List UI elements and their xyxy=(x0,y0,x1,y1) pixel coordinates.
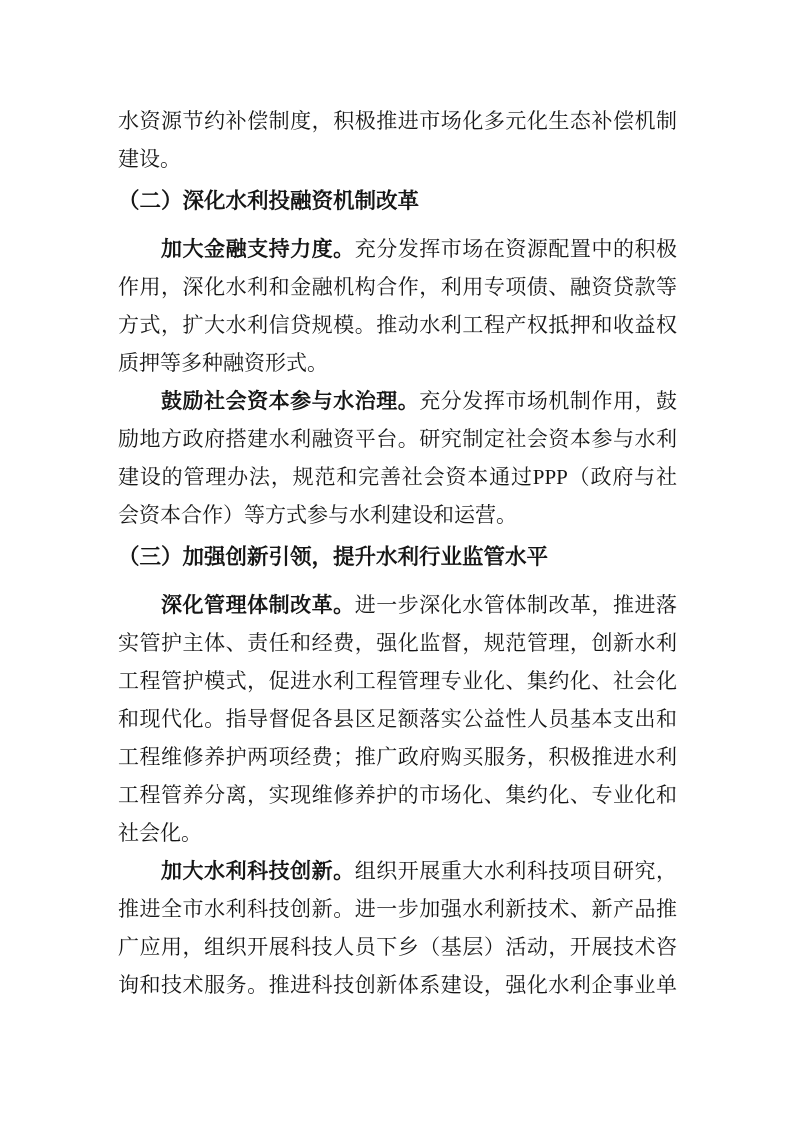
paragraph-lead: 深化管理体制改革。 xyxy=(161,594,355,617)
text-line: 水资源节约补偿制度，积极推进市场化多元化生态补偿机制 xyxy=(118,102,677,140)
text-line: 励地方政府搭建水利融资平台。研究制定社会资本参与水利 xyxy=(118,420,677,458)
text-line: 广应用，组织开展科技人员下乡（基层）活动，开展技术咨 xyxy=(118,928,677,966)
paragraph-lead: 加大金融支持力度。 xyxy=(161,238,355,261)
text-line: 工程管养分离，实现维修养护的市场化、集约化、专业化和 xyxy=(118,776,677,814)
text-line: 社会化。 xyxy=(118,814,677,852)
section-heading-3: （三）加强创新引领，提升水利行业监管水平 xyxy=(118,538,677,576)
section-heading-2: （二）深化水利投融资机制改革 xyxy=(118,182,677,220)
text-line: 和现代化。指导督促各县区足额落实公益性人员基本支出和 xyxy=(118,700,677,738)
paragraph-lead: 鼓励社会资本参与水治理。 xyxy=(161,390,419,413)
paragraph-first-line: 加大金融支持力度。充分发挥市场在资源配置中的积极 xyxy=(118,230,677,268)
paragraph-first-line: 鼓励社会资本参与水治理。充分发挥市场机制作用，鼓 xyxy=(118,382,677,420)
text-line: 工程管护模式，促进水利工程管理专业化、集约化、社会化 xyxy=(118,662,677,700)
text-line: 方式，扩大水利信贷规模。推动水利工程产权抵押和收益权 xyxy=(118,306,677,344)
paragraph-first-line: 加大水利科技创新。组织开展重大水利科技项目研究， xyxy=(118,852,677,890)
text-line: 实管护主体、责任和经费，强化监督，规范管理，创新水利 xyxy=(118,624,677,662)
text-line: 作用，深化水利和金融机构合作，利用专项债、融资贷款等 xyxy=(118,268,677,306)
text-line: 建设的管理办法，规范和完善社会资本通过PPP（政府与社 xyxy=(118,458,677,496)
paragraph-first-line: 深化管理体制改革。进一步深化水管体制改革，推进落 xyxy=(118,586,677,624)
paragraph-text: 进一步深化水管体制改革，推进落 xyxy=(355,593,677,617)
document-body: 水资源节约补偿制度，积极推进市场化多元化生态补偿机制 建设。 （二）深化水利投融… xyxy=(118,102,677,1004)
text-line: 推进全市水利科技创新。进一步加强水利新技术、新产品推 xyxy=(118,890,677,928)
text-line: 质押等多种融资形式。 xyxy=(118,344,677,382)
paragraph-text: 充分发挥市场在资源配置中的积极 xyxy=(355,237,677,261)
text-line: 工程维修养护两项经费；推广政府购买服务，积极推进水利 xyxy=(118,738,677,776)
paragraph-text: 组织开展重大水利科技项目研究， xyxy=(355,859,677,883)
paragraph-lead: 加大水利科技创新。 xyxy=(161,860,355,883)
document-page: 水资源节约补偿制度，积极推进市场化多元化生态补偿机制 建设。 （二）深化水利投融… xyxy=(0,0,793,1122)
paragraph-text: 充分发挥市场机制作用，鼓 xyxy=(419,389,677,413)
text-line: 建设。 xyxy=(118,140,677,178)
text-line: 会资本合作）等方式参与水利建设和运营。 xyxy=(118,496,677,534)
text-line: 询和技术服务。推进科技创新体系建设，强化水利企事业单 xyxy=(118,966,677,1004)
